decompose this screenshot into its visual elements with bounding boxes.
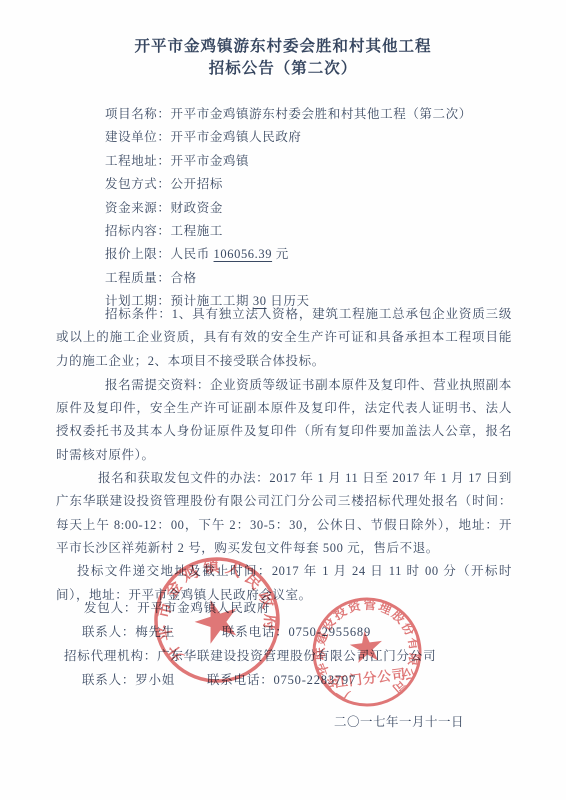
document-title-line1: 开平市金鸡镇游东村委会胜和村其他工程 — [0, 36, 566, 58]
agency-name: 广东华联建设投资管理股份有限公司江门分公司 — [157, 649, 436, 663]
field-value: 开平市金鸡镇 — [171, 154, 250, 168]
field-label: 招标内容： — [105, 224, 171, 238]
paragraph-submission-deadline: 投标文件递交地址及截止时间：2017 年 1 月 24 日 11 时 00 分（… — [56, 560, 512, 607]
field-label: 工程质量： — [105, 271, 171, 285]
field-scope: 招标内容：工程施工 — [105, 220, 472, 243]
field-funding: 资金来源：财政资金 — [105, 197, 472, 220]
field-quality: 工程质量：合格 — [105, 267, 472, 290]
employer-row: 发包人：开平市金鸡镇人民政府 — [84, 601, 270, 616]
field-label: 建设单位： — [105, 130, 171, 144]
field-value: 开平市金鸡镇游东村委会胜和村其他工程（第二次） — [171, 107, 472, 121]
field-value-prefix: 人民币 — [171, 247, 214, 261]
phone2-number: 0750-2283797 — [274, 673, 357, 687]
field-owner: 建设单位：开平市金鸡镇人民政府 — [105, 126, 472, 149]
field-label: 报价上限： — [105, 247, 171, 261]
contact2-name: 罗小姐 — [135, 673, 175, 687]
field-value: 财政资金 — [171, 201, 223, 215]
document-title: 开平市金鸡镇游东村委会胜和村其他工程 招标公告（第二次） — [0, 36, 566, 80]
document-date: 二〇一七年一月十一日 — [334, 712, 464, 730]
paragraph-bid-conditions: 招标条件：1、具有独立法人资格，建筑工程施工总承包企业资质三级或以上的施工企业资… — [56, 303, 512, 373]
field-project-name: 项目名称：开平市金鸡镇游东村委会胜和村其他工程（第二次） — [105, 103, 472, 126]
employer-phone-row: 联系电话：0750-2955689 — [222, 625, 371, 640]
agency-phone-row: 联系电话：0750-2283797 — [207, 673, 356, 688]
field-label: 项目名称： — [105, 107, 171, 121]
contact1-label: 联系人： — [82, 625, 135, 639]
employer-label: 发包人： — [84, 601, 137, 615]
paragraph-required-materials: 报名需提交资料：企业资质等级证书副本原件及复印件、营业执照副本原件及复印件，安全… — [56, 374, 512, 467]
field-value-underlined: 106056.39 — [214, 247, 273, 261]
field-price-cap: 报价上限：人民币 106056.39 元 — [105, 243, 472, 266]
field-value: 开平市金鸡镇人民政府 — [171, 130, 302, 144]
project-fields: 项目名称：开平市金鸡镇游东村委会胜和村其他工程（第二次） 建设单位：开平市金鸡镇… — [105, 103, 472, 314]
field-value-suffix: 元 — [272, 247, 289, 261]
contact2-label: 联系人： — [82, 673, 135, 687]
document-title-line2: 招标公告（第二次） — [0, 58, 566, 80]
field-value: 合格 — [171, 271, 197, 285]
agency-label: 招标代理机构： — [64, 649, 157, 663]
field-value: 公开招标 — [171, 177, 223, 191]
field-label: 工程地址： — [105, 154, 171, 168]
agency-contact-row: 联系人：罗小姐 — [82, 673, 175, 688]
field-label: 资金来源： — [105, 201, 171, 215]
employer-contact-row: 联系人：梅先生 — [82, 625, 175, 640]
phone2-label: 联系电话： — [207, 673, 274, 687]
announcement-body: 招标条件：1、具有独立法人资格，建筑工程施工总承包企业资质三级或以上的施工企业资… — [56, 303, 512, 607]
agency-row: 招标代理机构：广东华联建设投资管理股份有限公司江门分公司 — [64, 649, 436, 664]
field-label: 发包方式： — [105, 177, 171, 191]
employer-name: 开平市金鸡镇人民政府 — [137, 601, 270, 615]
tender-announcement-document: 开平市金鸡镇游东村委会胜和村其他工程 招标公告（第二次） 项目名称：开平市金鸡镇… — [0, 0, 566, 800]
paragraph-registration-method: 报名和获取发包文件的办法：2017 年 1 月 11 日至 2017 年 1 月… — [56, 467, 512, 560]
field-value: 工程施工 — [171, 224, 223, 238]
phone1-number: 0750-2955689 — [289, 625, 372, 639]
field-method: 发包方式：公开招标 — [105, 173, 472, 196]
contact1-name: 梅先生 — [135, 625, 175, 639]
field-location: 工程地址：开平市金鸡镇 — [105, 150, 472, 173]
phone1-label: 联系电话： — [222, 625, 289, 639]
